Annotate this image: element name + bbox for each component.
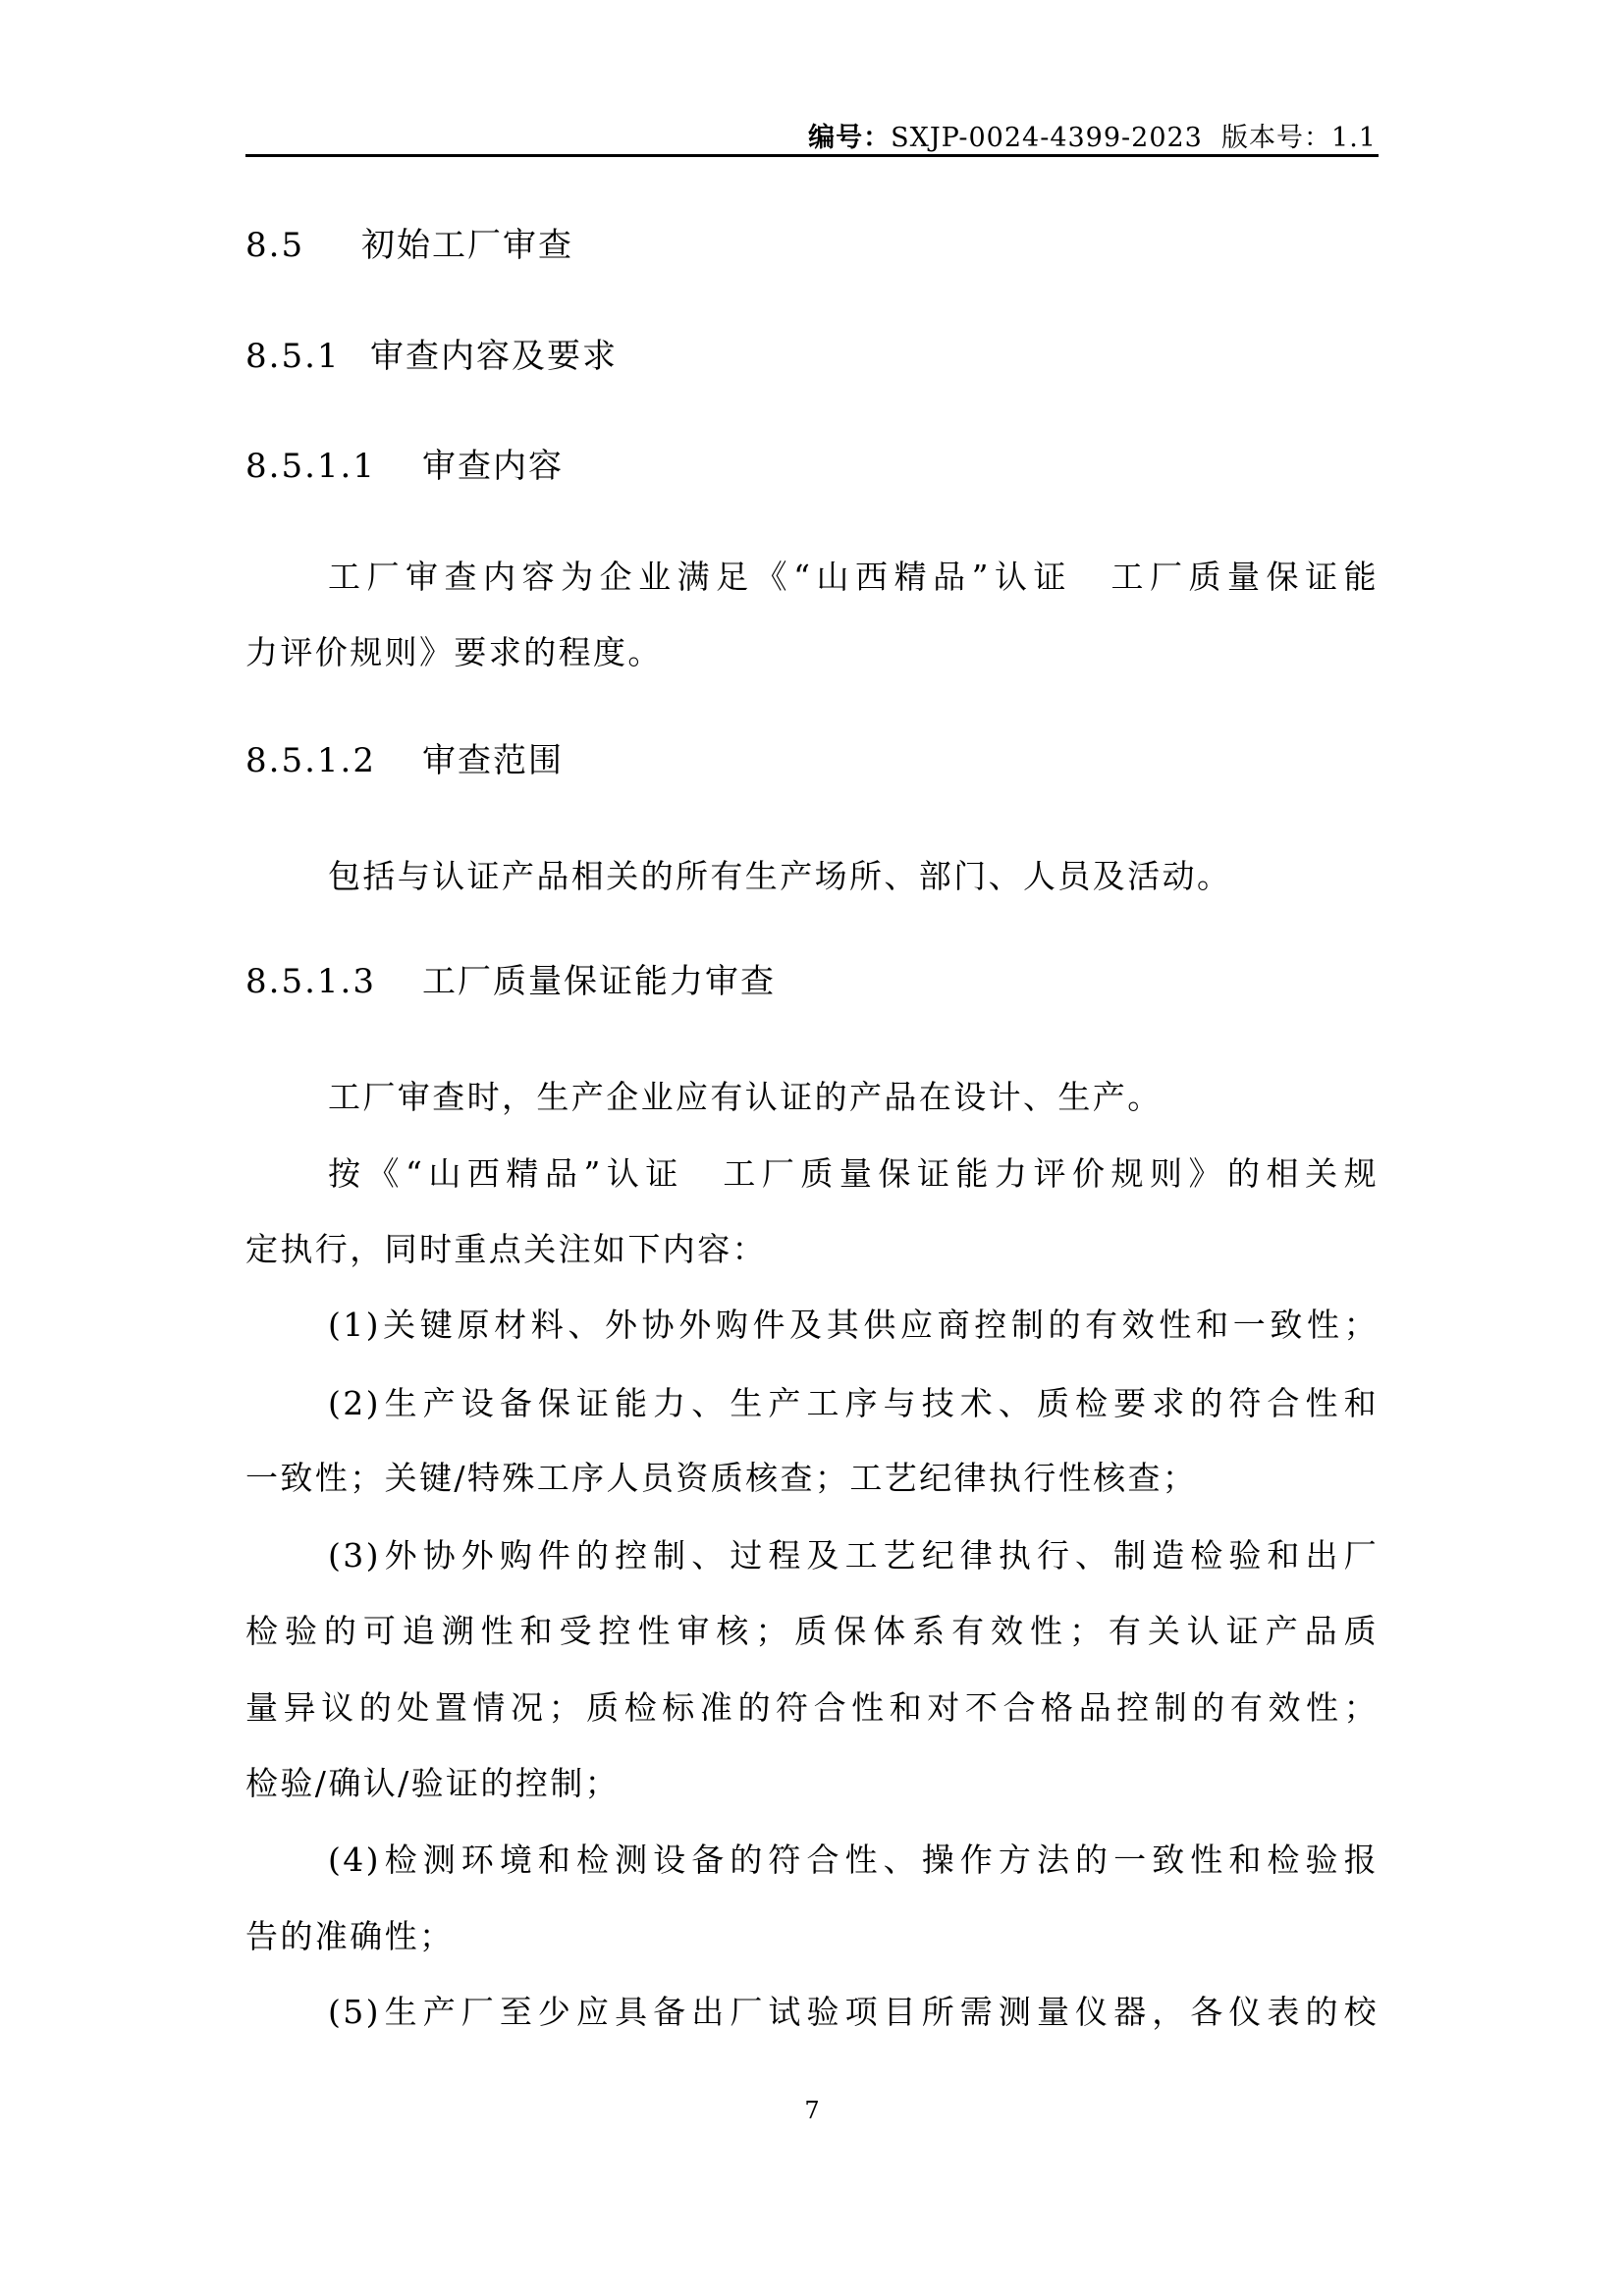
heading-number: 8.5.1 xyxy=(245,337,370,376)
list-item-1: (1)关键原材料、外协外购件及其供应商控制的有效性和一致性； xyxy=(245,1306,1379,1345)
header-divider xyxy=(245,154,1379,157)
paragraph-line: 包括与认证产品相关的所有生产场所、部门、人员及活动。 xyxy=(245,857,1379,896)
heading-title: 审查范围 xyxy=(422,741,564,780)
heading-number: 8.5.1.1 xyxy=(245,447,422,486)
heading-title: 工厂质量保证能力审查 xyxy=(422,962,776,1001)
heading-8-5: 8.5初始工厂审查 xyxy=(245,226,1379,265)
list-item-3-cont: 量异议的处置情况；质检标准的符合性和对不合格品控制的有效性； xyxy=(245,1688,1379,1728)
heading-title: 审查内容 xyxy=(422,447,564,486)
paragraph-line: 工厂审查内容为企业满足《“山西精品”认证 工厂质量保证能 xyxy=(245,558,1379,597)
heading-number: 8.5.1.2 xyxy=(245,741,422,780)
doc-no-label: 编号： xyxy=(808,123,891,153)
list-item-4: (4)检测环境和检测设备的符合性、操作方法的一致性和检验报 xyxy=(245,1841,1379,1880)
paragraph-line: 按《“山西精品”认证 工厂质量保证能力评价规则》的相关规 xyxy=(245,1154,1379,1194)
list-item-4-cont: 告的准确性； xyxy=(245,1917,1379,1956)
page-number: 7 xyxy=(0,2097,1624,2124)
heading-8-5-1-2: 8.5.1.2审查范围 xyxy=(245,741,1379,780)
heading-8-5-1: 8.5.1审查内容及要求 xyxy=(245,337,1379,376)
paragraph-line: 定执行，同时重点关注如下内容： xyxy=(245,1230,1379,1269)
document-id-header: 编号：SXJP-0024-4399-2023 版本号：1.1 xyxy=(808,116,1377,154)
heading-title: 初始工厂审查 xyxy=(361,226,573,265)
heading-number: 8.5 xyxy=(245,226,361,265)
heading-8-5-1-3: 8.5.1.3工厂质量保证能力审查 xyxy=(245,962,1379,1001)
list-item-3-cont: 检验/确认/验证的控制； xyxy=(245,1764,1379,1803)
heading-title: 审查内容及要求 xyxy=(370,337,618,376)
version-label: 版本号： xyxy=(1221,123,1331,153)
list-item-3-cont: 检验的可追溯性和受控性审核；质保体系有效性；有关认证产品质 xyxy=(245,1612,1379,1651)
list-item-5: (5)生产厂至少应具备出厂试验项目所需测量仪器，各仪表的校 xyxy=(245,1993,1379,2032)
list-item-3: (3)外协外购件的控制、过程及工艺纪律执行、制造检验和出厂 xyxy=(245,1536,1379,1575)
paragraph-line: 力评价规则》要求的程度。 xyxy=(245,633,1379,672)
heading-8-5-1-1: 8.5.1.1审查内容 xyxy=(245,447,1379,486)
heading-number: 8.5.1.3 xyxy=(245,962,422,1001)
list-item-2-cont: 一致性；关键/特殊工序人员资质核查；工艺纪律执行性核查； xyxy=(245,1459,1379,1498)
doc-no: SXJP-0024-4399-2023 xyxy=(891,123,1203,153)
version-number: 1.1 xyxy=(1331,123,1377,153)
list-item-2: (2)生产设备保证能力、生产工序与技术、质检要求的符合性和 xyxy=(245,1384,1379,1423)
paragraph-line: 工厂审查时，生产企业应有认证的产品在设计、生产。 xyxy=(245,1078,1379,1117)
